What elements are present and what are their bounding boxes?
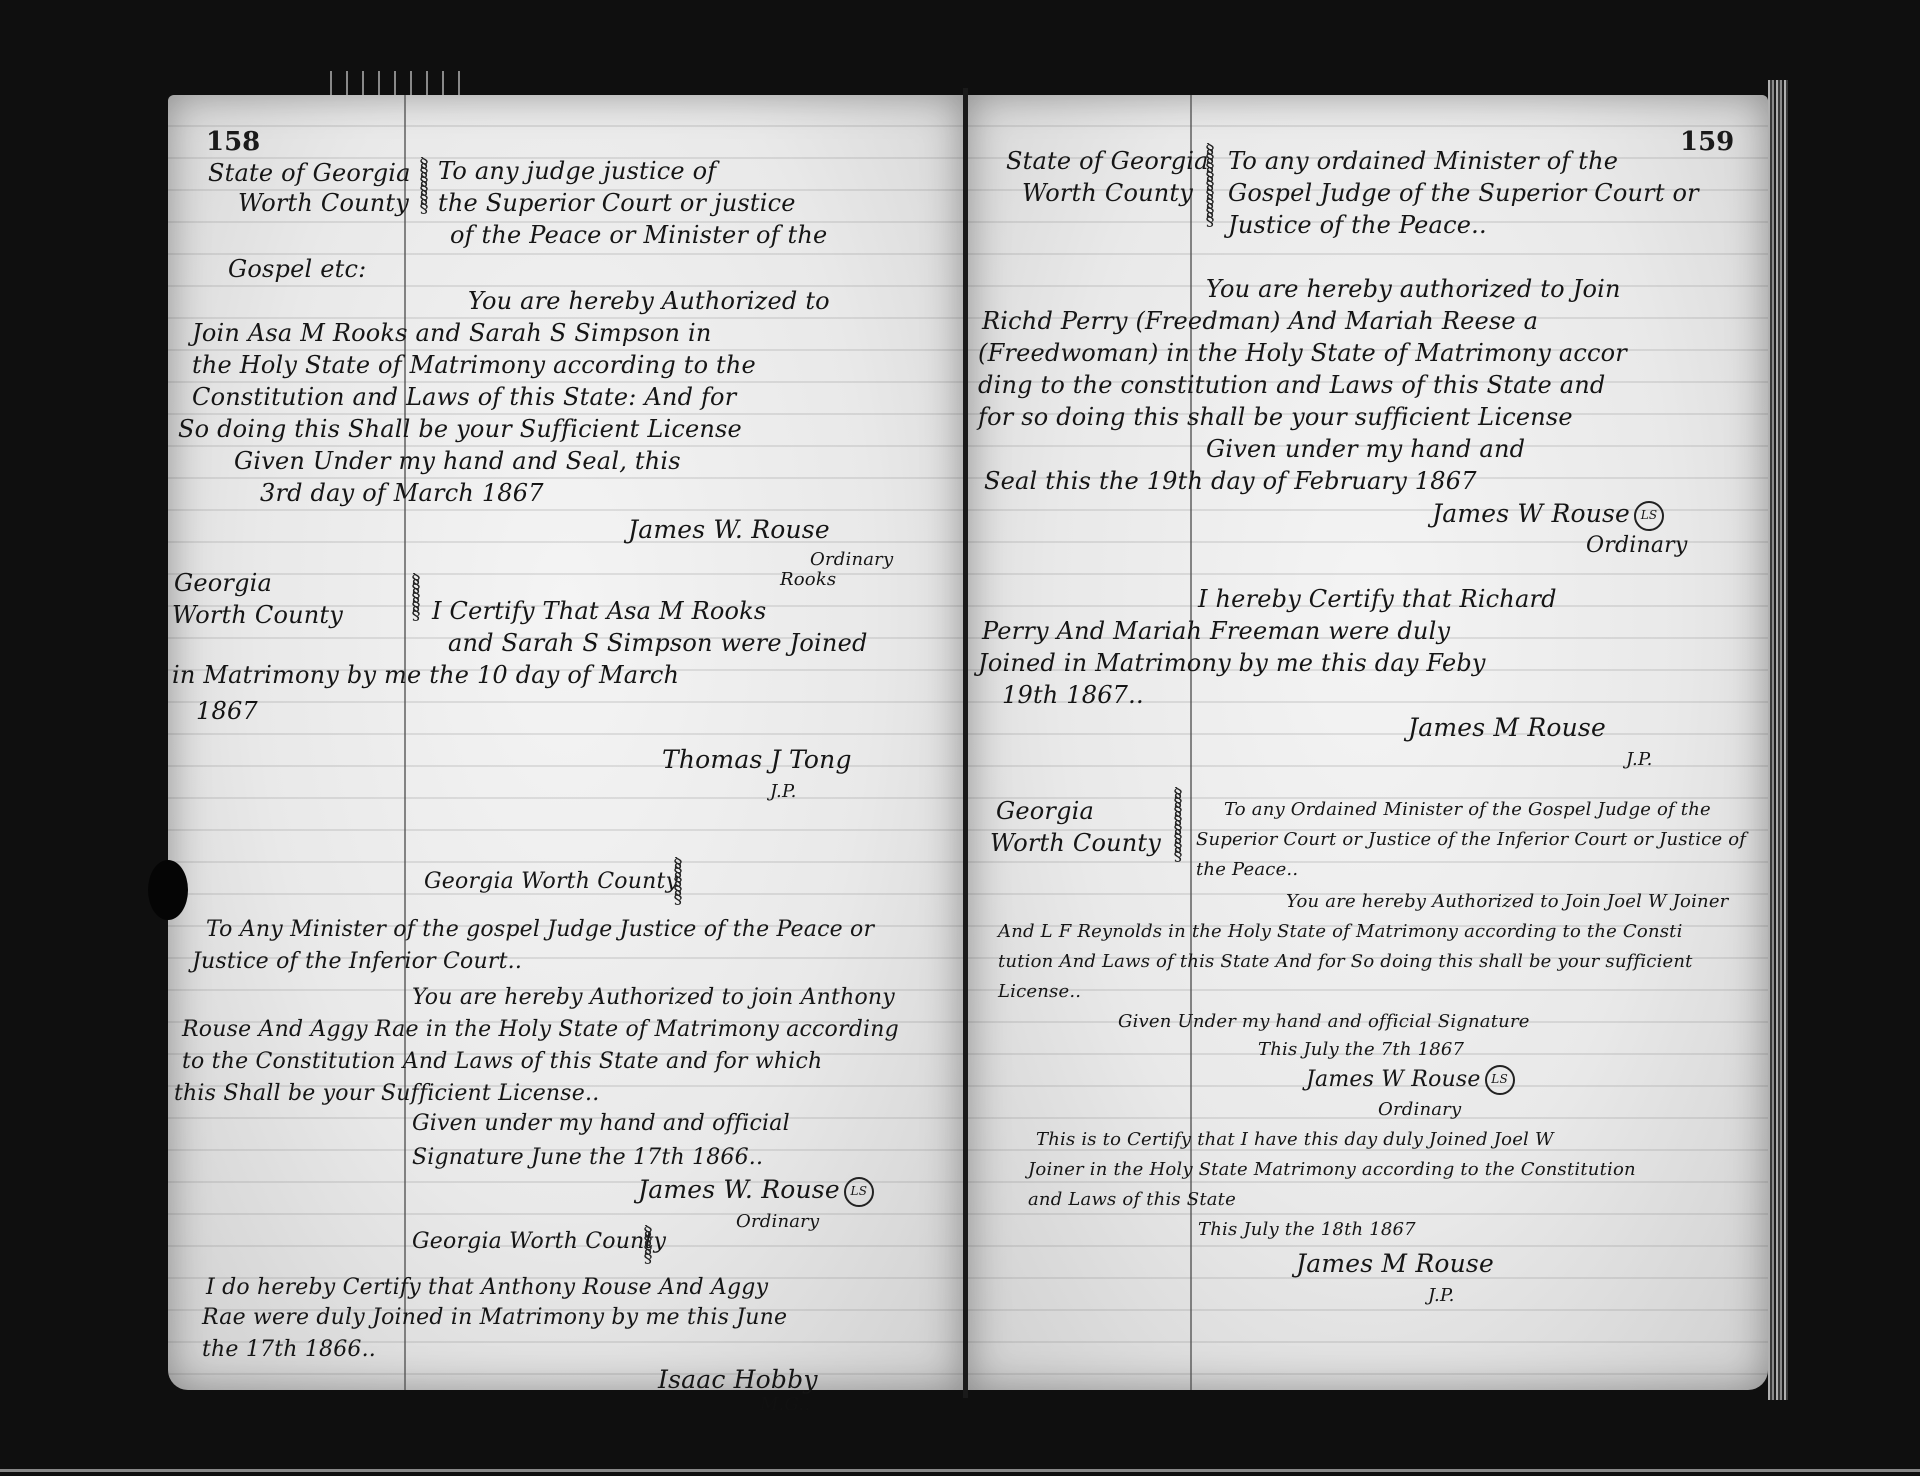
body-line: ding to the constitution and Laws of thi…: [978, 369, 1605, 402]
address-line: To any judge justice of: [438, 155, 716, 188]
entry-heading: State of Georgia: [208, 157, 411, 190]
body-line: I do hereby Certify that Anthony Rouse A…: [206, 1271, 768, 1304]
body-line: Signature June the 17th 1866..: [412, 1141, 763, 1174]
entry-heading: Worth County: [990, 827, 1161, 860]
body-line: This is to Certify that I have this day …: [1036, 1125, 1554, 1155]
signature: James W RouseLS: [1306, 1063, 1515, 1096]
signature: James W RouseLS: [1432, 497, 1664, 531]
body-line: Given under my hand and official: [412, 1107, 790, 1140]
body-line: You are hereby Authorized to join Anthon…: [412, 981, 895, 1014]
body-line: Rae were duly Joined in Matrimony by me …: [202, 1301, 787, 1334]
body-line: and Laws of this State: [1028, 1185, 1236, 1215]
signature-title: Ordinary: [1586, 529, 1688, 562]
body-line: I hereby Certify that Richard: [1198, 583, 1557, 616]
seal-icon: LS: [1634, 501, 1664, 531]
entry-heading: Worth County: [172, 599, 343, 632]
body-line: Given Under my hand and Seal, this: [234, 445, 681, 478]
body-line: in Matrimony by me the 10 day of March: [172, 659, 679, 692]
body-line: So doing this Shall be your Sufficient L…: [178, 413, 742, 446]
entry-heading: Worth County: [238, 187, 409, 220]
signature-title: J.P.: [770, 777, 797, 807]
entry-heading: State of Georgia: [1006, 145, 1209, 178]
body-line: 19th 1867..: [1002, 679, 1144, 712]
page-number: 159: [1680, 127, 1734, 157]
body-line: You are hereby authorized to Join: [1206, 273, 1621, 306]
inserted-word: Rooks: [780, 565, 836, 595]
body-line: Richd Perry (Freedman) And Mariah Reese …: [982, 305, 1538, 338]
ledger-index-tabs: [330, 55, 570, 97]
entry-heading: Georgia Worth County: [424, 865, 678, 898]
address-line: To any Ordained Minister of the Gospel J…: [1224, 795, 1711, 825]
address-line: Gospel Judge of the Superior Court or: [1228, 177, 1699, 210]
entry-heading: Georgia: [996, 795, 1094, 828]
body-line: (Freedwoman) in the Holy State of Matrim…: [978, 337, 1627, 370]
brace-flourish: §§§§§§§§§: [1200, 143, 1218, 233]
brace-flourish: §§§§§: [406, 573, 424, 623]
left-page: 158 State of Georgia Worth County §§§§§§…: [168, 95, 963, 1390]
address-line: To Any Minister of the gospel Judge Just…: [206, 913, 874, 946]
body-line: Seal this the 19th day of February 1867: [984, 465, 1477, 498]
address-line: the Superior Court or justice: [438, 187, 796, 220]
signature: James W. RouseLS: [638, 1173, 874, 1207]
binding-clip: [148, 860, 188, 920]
body-line: the Holy State of Matrimony according to…: [192, 349, 756, 382]
signature: James M Rouse: [1408, 711, 1606, 744]
address-line: Justice of the Inferior Court..: [192, 945, 522, 978]
body-line: This July the 18th 1867: [1198, 1215, 1416, 1245]
signature: James W. Rouse: [628, 513, 830, 546]
address-line: Superior Court or Justice of the Inferio…: [1196, 825, 1746, 855]
body-line: Given under my hand and: [1206, 433, 1525, 466]
body-line: Given Under my hand and official Signatu…: [1118, 1007, 1530, 1037]
body-line: Joiner in the Holy State Matrimony accor…: [1028, 1155, 1636, 1185]
body-line: License..: [998, 977, 1081, 1007]
body-line: and Sarah S Simpson were Joined: [448, 627, 868, 660]
body-line: You are hereby Authorized to Join Joel W…: [1286, 887, 1728, 917]
body-line: for so doing this shall be your sufficie…: [978, 401, 1573, 434]
address-line: Gospel etc:: [228, 253, 366, 286]
address-line: of the Peace or Minister of the: [450, 219, 827, 252]
body-line: tution And Laws of this State And for So…: [998, 947, 1693, 977]
page-number: 158: [206, 127, 260, 157]
scan-border: [0, 1469, 1920, 1472]
margin-rule: [404, 95, 406, 1390]
signature-title: J.P.: [1626, 745, 1653, 775]
seal-icon: LS: [1485, 1065, 1515, 1095]
signature-title: J.P.: [1428, 1281, 1455, 1311]
brace-flourish: §§§§§§§§: [1168, 787, 1186, 867]
body-line: You are hereby Authorized to: [468, 285, 830, 318]
body-line: 1867: [196, 695, 258, 728]
signature: James M Rouse: [1296, 1247, 1494, 1280]
body-line: Perry And Mariah Freeman were duly: [982, 615, 1450, 648]
entry-heading: Worth County: [1022, 177, 1193, 210]
address-line: Justice of the Peace..: [1228, 209, 1487, 242]
body-line: And L F Reynolds in the Holy State of Ma…: [998, 917, 1683, 947]
body-line: I Certify That Asa M Rooks: [432, 595, 766, 628]
entry-heading: Georgia: [174, 567, 272, 600]
body-line: This July the 7th 1867: [1258, 1035, 1464, 1065]
seal-icon: LS: [844, 1177, 874, 1207]
address-line: the Peace..: [1196, 855, 1298, 885]
brace-flourish: §§§§§§: [414, 157, 432, 217]
signature: Thomas J Tong: [662, 743, 852, 776]
body-line: Joined in Matrimony by me this day Feby: [978, 647, 1486, 680]
address-line: To any ordained Minister of the: [1228, 145, 1618, 178]
right-page: 159 State of Georgia Worth County §§§§§§…: [968, 95, 1768, 1390]
body-line: the 17th 1866..: [202, 1333, 376, 1366]
body-line: Constitution and Laws of this State: And…: [192, 381, 736, 414]
signature-title: Ordinary: [736, 1207, 819, 1237]
brace-flourish: §§§§§: [668, 857, 686, 917]
page-edges: [1768, 80, 1788, 1400]
body-line: 3rd day of March 1867: [260, 477, 544, 510]
entry-heading: Georgia Worth County: [412, 1225, 666, 1258]
brace-flourish: §§§§: [638, 1225, 656, 1265]
body-line: Join Asa M Rooks and Sarah S Simpson in: [192, 317, 712, 350]
body-line: to the Constitution And Laws of this Sta…: [182, 1045, 822, 1078]
signature-title: Ordinary: [1378, 1095, 1461, 1125]
body-line: Rouse And Aggy Rae in the Holy State of …: [182, 1013, 899, 1046]
body-line: this Shall be your Sufficient License..: [174, 1077, 599, 1110]
signature-title: M.G..: [760, 1390, 810, 1420]
